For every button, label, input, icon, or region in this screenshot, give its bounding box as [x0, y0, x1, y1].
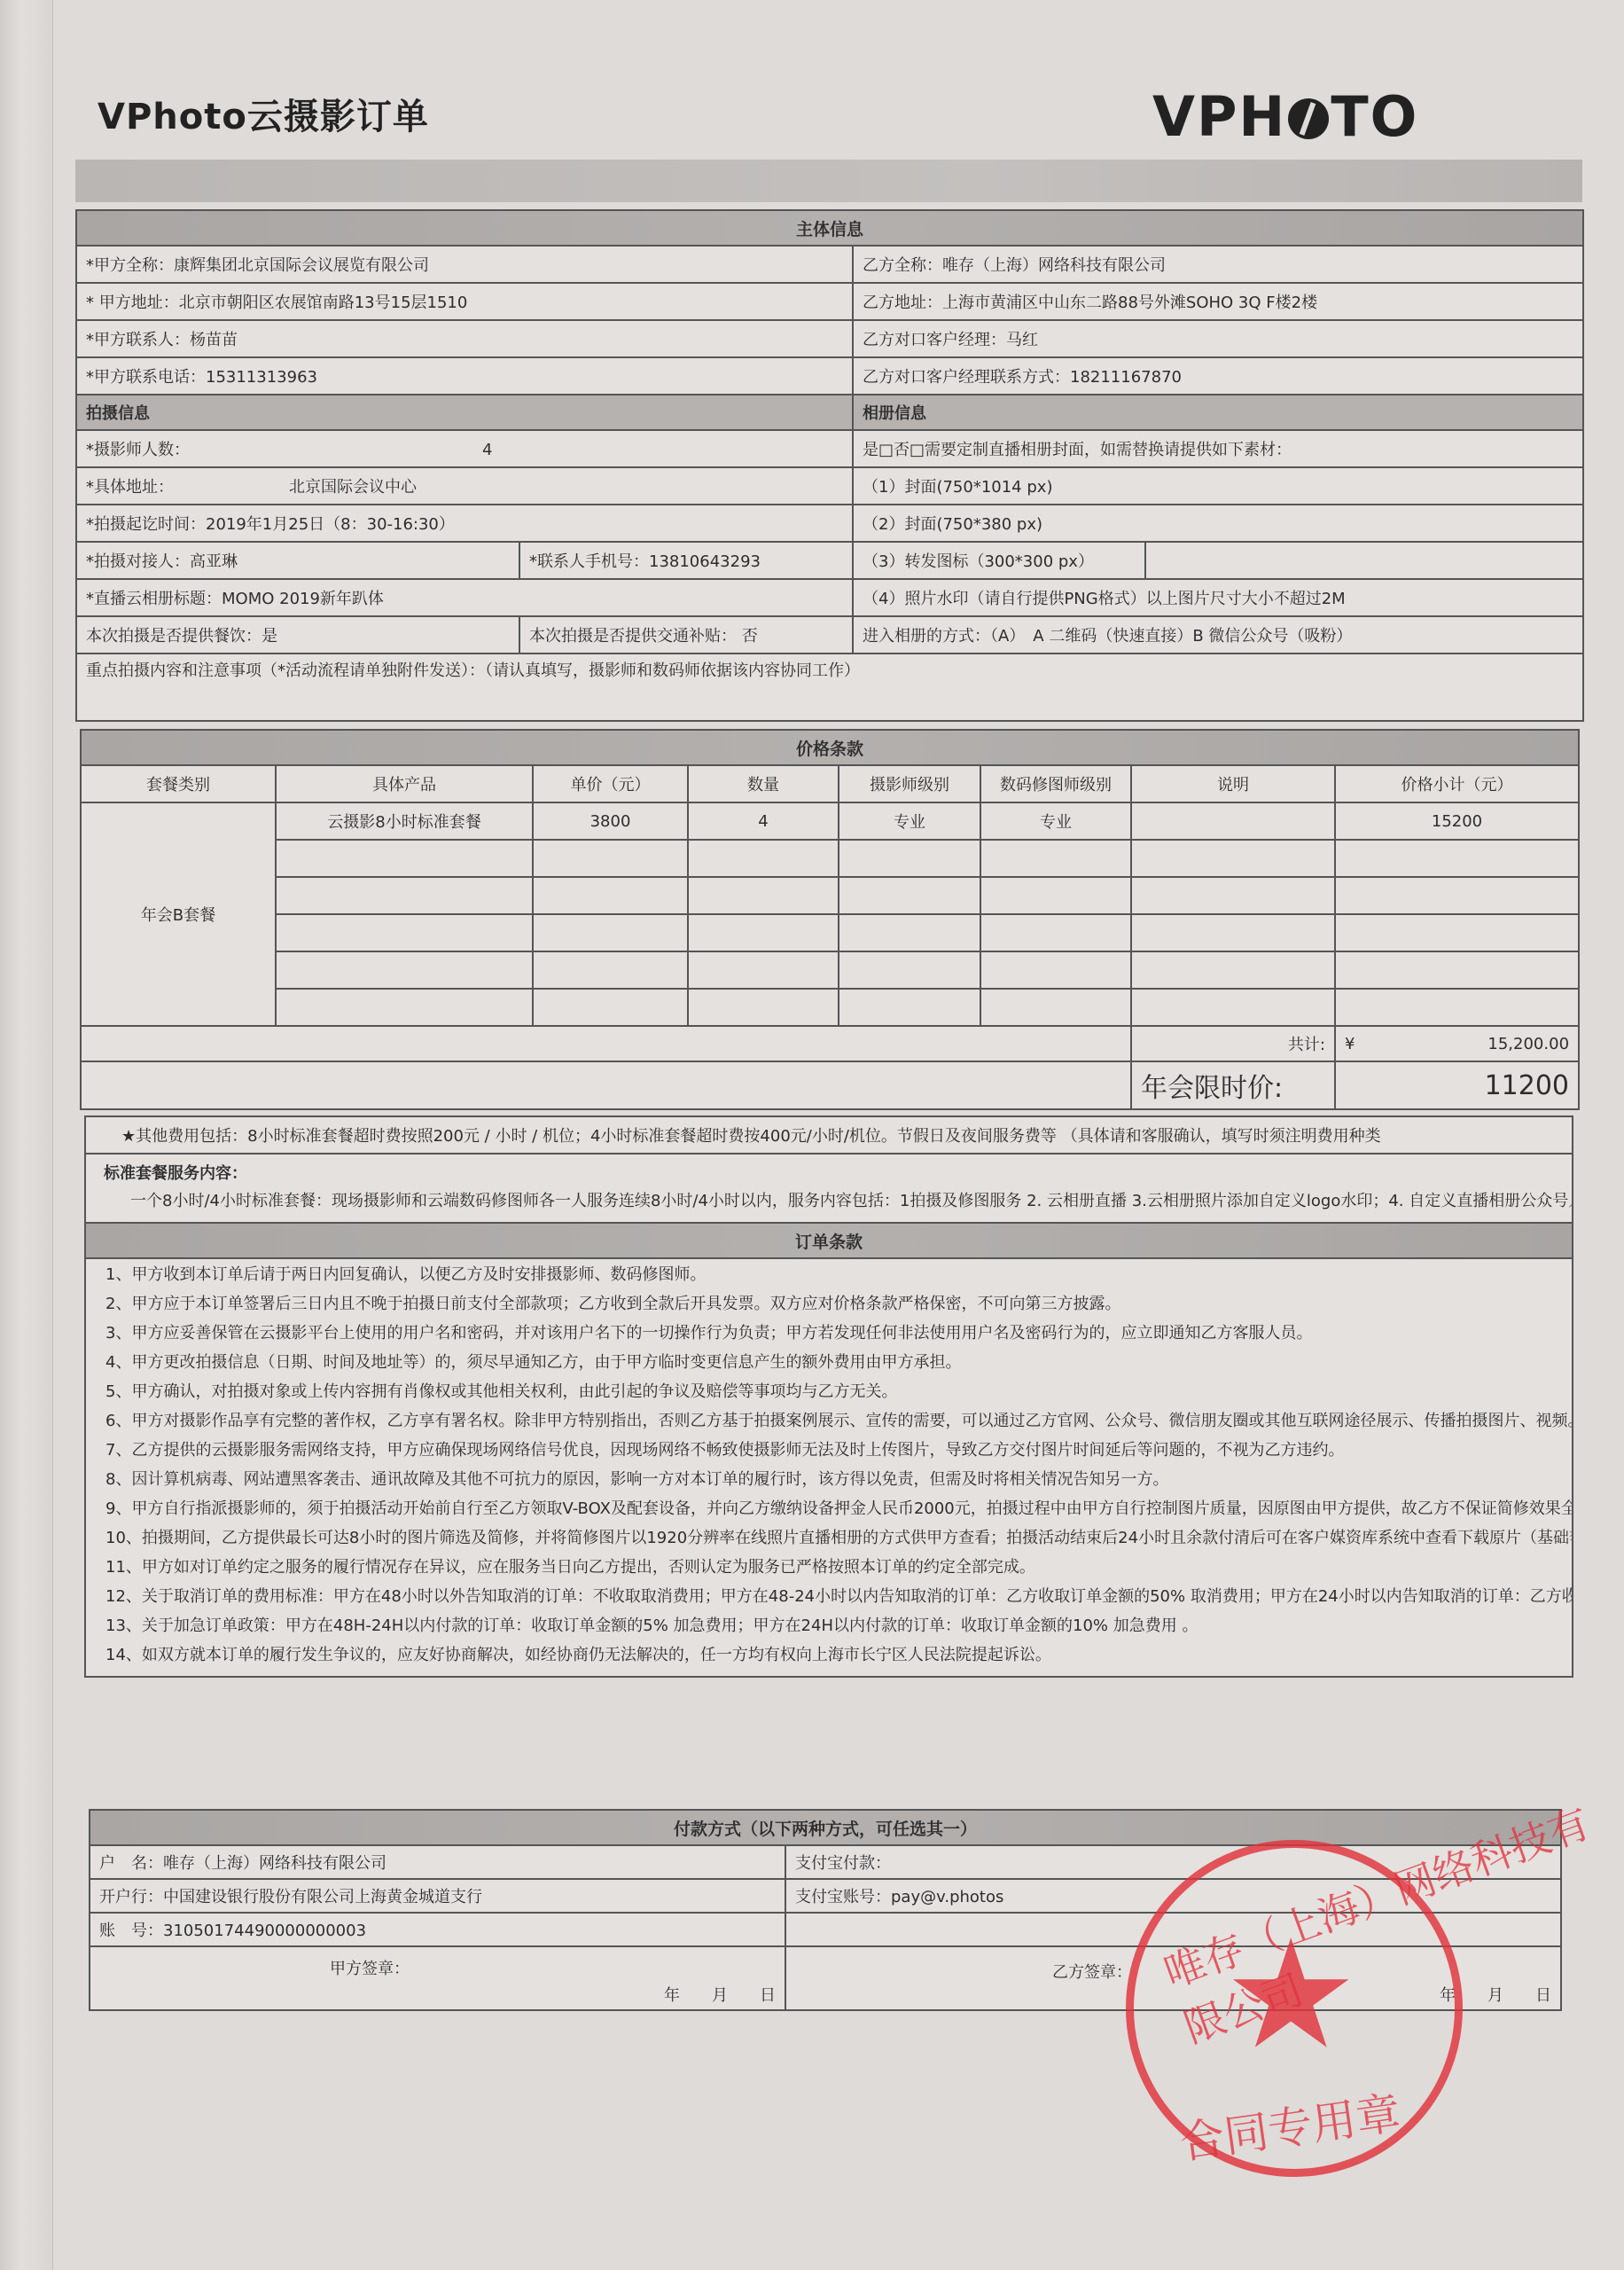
column-header: 价格小计（元）: [1335, 765, 1579, 802]
section-main-info: 主体信息: [76, 210, 1583, 246]
cell-retoucher-level: [980, 989, 1131, 1026]
limited-price-label: 年会限时价:: [1131, 1061, 1335, 1109]
cell-subtotal: [1335, 951, 1579, 989]
cell-retoucher-level: [980, 951, 1131, 989]
party-b-name: 乙方全称：唯存（上海）网络科技有限公司: [853, 246, 1583, 283]
term-item: 2、甲方应于本订单签署后三日内且不晚于拍摄日前支付全部款项；乙方收到全款后开具发…: [95, 1292, 1563, 1316]
cell-photographer-level: [839, 914, 980, 951]
cell-photographer-level: [839, 989, 980, 1026]
total-label: 共计:: [1131, 1026, 1335, 1061]
bank-name: 开户行：中国建设银行股份有限公司上海黄金城道支行: [90, 1879, 785, 1913]
column-header: 单价（元）: [533, 765, 688, 802]
alipay-blank: [785, 1913, 1561, 1946]
term-item: 9、甲方自行指派摄影师的，须于拍摄活动开始前自行至乙方领取V-BOX及配套设备，…: [95, 1497, 1563, 1521]
bank-account-name: 户 名：唯存（上海）网络科技有限公司: [90, 1845, 785, 1879]
term-item: 7、乙方提供的云摄影服务需网络支持，甲方应确保现场网络信号优良，因现场网络不畅致…: [95, 1438, 1563, 1462]
cell-subtotal: [1335, 877, 1579, 914]
currency-symbol: ¥: [1345, 1035, 1355, 1053]
cell-retoucher-level: 专业: [980, 802, 1131, 840]
shoot-time: *拍摄起讫时间：2019年1月25日（8：30-16:30）: [76, 505, 853, 542]
cell-note: [1131, 840, 1335, 877]
table-row: [81, 840, 1579, 877]
cell-unit-price: 3800: [533, 802, 688, 840]
section-terms: 订单条款: [85, 1223, 1573, 1258]
cell-unit-price: [533, 840, 688, 877]
album-title: *直播云相册标题：MOMO 2019新年趴体: [76, 579, 853, 616]
table-row: [81, 951, 1579, 989]
cell-retoucher-level: [980, 840, 1131, 877]
cell-note: [1131, 914, 1335, 951]
cell-qty: [688, 877, 839, 914]
terms-list: 1、甲方收到本订单后请于两日内回复确认，以便乙方及时安排摄影师、数码修图师。2、…: [85, 1258, 1573, 1677]
party-b-manager-phone: 乙方对口客户经理联系方式：18211167870: [853, 357, 1583, 395]
cell-qty: [688, 951, 839, 989]
cell-subtotal: 15200: [1335, 802, 1579, 840]
cell-qty: [688, 914, 839, 951]
section-pricing: 价格条款: [81, 730, 1579, 765]
cell-photographer-level: [839, 840, 980, 877]
column-header: 数码修图师级别: [980, 765, 1131, 802]
document-title: VPhoto云摄影订单: [98, 89, 429, 139]
cell-qty: 4: [688, 802, 839, 840]
cell-subtotal: [1335, 840, 1579, 877]
contact-phone: *联系人手机号：13810643293: [519, 542, 853, 579]
standard-service-title: 标准套餐服务内容：: [95, 1158, 1563, 1189]
payment-table: 付款方式（以下两种方式，可任选其一） 户 名：唯存（上海）网络科技有限公司支付宝…: [89, 1809, 1562, 2011]
cell-product: [276, 877, 533, 914]
party-a-sign-label: 甲方签章：: [330, 1956, 410, 1979]
paper-edge: [0, 0, 53, 2270]
party-a-address: * 甲方地址：北京市朝阳区农展馆南路13号15层1510: [76, 283, 853, 320]
term-item: 1、甲方收到本订单后请于两日内回复确认，以便乙方及时安排摄影师、数码修图师。: [95, 1263, 1563, 1287]
table-row: [81, 914, 1579, 951]
cell-note: [1131, 802, 1335, 840]
total-spacer: [81, 1026, 1131, 1061]
term-item: 6、甲方对摄影作品享有完整的著作权，乙方享有署名权。除非甲方特别指出，否则乙方基…: [95, 1409, 1563, 1433]
album-item-4: （4）照片水印（请自行提供PNG格式）以上图片尺寸大小不超过2M: [853, 579, 1583, 616]
pricing-table: 价格条款 套餐类别具体产品单价（元）数量摄影师级别数码修图师级别说明价格小计（元…: [80, 729, 1580, 1110]
term-item: 8、因计算机病毒、网站遭黑客袭击、通讯故障及其他不可抗力的原因，影响一方对本订单…: [95, 1468, 1563, 1491]
total-cell: ¥15,200.00: [1335, 1026, 1579, 1061]
section-payment: 付款方式（以下两种方式，可任选其一）: [90, 1810, 1561, 1845]
extra-fees: ★其他费用包括：8小时标准套餐超时费按照200元 / 小时 / 机位；4小时标准…: [85, 1116, 1573, 1154]
alipay-label: 支付宝付款：: [785, 1845, 1561, 1879]
cell-qty: [688, 840, 839, 877]
limited-spacer: [81, 1061, 1131, 1109]
cell-retoucher-level: [980, 914, 1131, 951]
party-a-phone: *甲方联系电话：15311313963: [76, 357, 853, 395]
cell-retoucher-level: [980, 877, 1131, 914]
party-b-address: 乙方地址：上海市黄浦区中山东二路88号外滩SOHO 3Q F楼2楼: [853, 283, 1583, 320]
shoot-contact: *拍摄对接人：高亚琳: [76, 542, 519, 579]
title-bar: [75, 160, 1582, 202]
party-a-name: *甲方全称：康辉集团北京国际会议展览有限公司: [76, 246, 853, 283]
custom-cover-option[interactable]: 是□否□需要定制直播相册封面，如需替换请提供如下素材：: [853, 430, 1583, 467]
cell-photographer-level: 专业: [839, 802, 980, 840]
term-item: 4、甲方更改拍摄信息（日期、时间及地址等）的，须尽早通知乙方，由于甲方临时变更信…: [95, 1350, 1563, 1374]
party-a-contact: *甲方联系人：杨苗苗: [76, 320, 853, 357]
terms-table: ★其他费用包括：8小时标准套餐超时费按照200元 / 小时 / 机位；4小时标准…: [84, 1115, 1573, 1678]
album-item-3: （3）转发图标（300*300 px）: [853, 542, 1145, 579]
term-item: 12、关于取消订单的费用标准：甲方在48小时以外告知取消的订单：不收取取消费用；…: [95, 1585, 1563, 1609]
cell-qty: [688, 989, 839, 1026]
address-label: *具体地址：: [86, 478, 174, 497]
column-header: 具体产品: [276, 765, 533, 802]
cell-unit-price: [533, 951, 688, 989]
cell-unit-price: [533, 877, 688, 914]
shoot-address: 北京国际会议中心: [289, 478, 417, 497]
term-item: 13、关于加急订单政策：甲方在48H-24H以内付款的订单：收取订单金额的5% …: [95, 1614, 1563, 1638]
total-amount: 15,200.00: [1487, 1035, 1569, 1053]
standard-service-body: 一个8小时/4小时标准套餐：现场摄影师和云端数码修图师各一人服务连续8小时/4小…: [95, 1189, 1563, 1213]
cell-unit-price: [533, 989, 688, 1026]
album-item-3-upload[interactable]: [1145, 542, 1583, 579]
cell-photographer-level: [839, 951, 980, 989]
photographer-count: 4: [482, 441, 492, 459]
limited-price: 11200: [1335, 1061, 1579, 1109]
cell-note: [1131, 989, 1335, 1026]
cell-product: [276, 914, 533, 951]
party-b-signature[interactable]: 乙方签章： 年 月 日: [785, 1946, 1561, 2010]
term-item: 3、甲方应妥善保管在云摄影平台上使用的用户名和密码，并对该用户名下的一切操作行为…: [95, 1321, 1563, 1345]
table-row: [81, 989, 1579, 1026]
table-row: [81, 877, 1579, 914]
meal-provided: 本次拍摄是否提供餐饮：是: [76, 616, 519, 654]
standard-service: 标准套餐服务内容： 一个8小时/4小时标准套餐：现场摄影师和云端数码修图师各一人…: [85, 1154, 1573, 1223]
album-access: 进入相册的方式：（A） A 二维码（快速直接）B 微信公众号（吸粉）: [853, 616, 1583, 654]
section-album-info: 相册信息: [853, 395, 1583, 430]
party-b-date: 年 月 日: [1440, 1983, 1551, 2006]
cell-note: [1131, 877, 1335, 914]
bank-account-number: 账 号：31050174490000000003: [90, 1913, 785, 1946]
term-item: 10、拍摄期间，乙方提供最长可达8小时的图片筛选及简修，并将简修图片以1920分…: [95, 1526, 1563, 1550]
column-header: 摄影师级别: [839, 765, 980, 802]
cell-note: [1131, 951, 1335, 989]
shoot-notes[interactable]: 重点拍摄内容和注意事项（*活动流程请单独附件发送）：（请认真填写，摄影师和数码师…: [76, 654, 1583, 721]
cell-product: [276, 951, 533, 989]
vphoto-logo: VPHTO: [1152, 84, 1418, 149]
cell-unit-price: [533, 914, 688, 951]
shutter-o-icon: [1288, 98, 1329, 139]
album-item-1: （1）封面(750*1014 px): [853, 467, 1583, 505]
album-item-2: （2）封面(750*380 px): [853, 505, 1583, 542]
logo-left: VPH: [1152, 84, 1286, 149]
column-header: 套餐类别: [81, 765, 276, 802]
transport-provided: 本次拍摄是否提供交通补贴： 否: [519, 616, 853, 654]
party-a-signature[interactable]: 甲方签章： 年 月 日: [90, 1946, 785, 2010]
party-b-manager: 乙方对口客户经理：马红: [853, 320, 1583, 357]
cell-product: 云摄影8小时标准套餐: [276, 802, 533, 840]
party-b-sign-label: 乙方签章：: [1052, 1960, 1132, 1983]
term-item: 5、甲方确认，对拍摄对象或上传内容拥有肖像权或其他相关权利，由此引起的争议及赔偿…: [95, 1380, 1563, 1404]
party-a-date: 年 月 日: [664, 1983, 776, 2006]
column-header: 数量: [688, 765, 839, 802]
address-row: *具体地址：北京国际会议中心: [76, 467, 853, 505]
cell-subtotal: [1335, 989, 1579, 1026]
table-row: 年会B套餐云摄影8小时标准套餐38004专业专业15200: [81, 802, 1579, 840]
alipay-account: 支付宝账号：pay@v.photos: [785, 1879, 1561, 1913]
photographer-count-label: *摄影师人数：: [86, 441, 190, 459]
cell-photographer-level: [839, 877, 980, 914]
term-item: 11、甲方如对订单约定之服务的履行情况存在异议，应在服务当日向乙方提出，否则认定…: [95, 1555, 1563, 1579]
logo-right: TO: [1331, 84, 1418, 149]
photographer-count-row: *摄影师人数：4: [76, 430, 853, 467]
term-item: 14、如双方就本订单的履行发生争议的，应友好协商解决，如经协商仍无法解决的，任一…: [95, 1643, 1563, 1667]
package-name: 年会B套餐: [81, 802, 276, 1026]
main-info-table: 主体信息 *甲方全称：康辉集团北京国际会议展览有限公司乙方全称：唯存（上海）网络…: [75, 209, 1584, 722]
section-shoot-info: 拍摄信息: [76, 395, 853, 430]
cell-subtotal: [1335, 914, 1579, 951]
column-header: 说明: [1131, 765, 1335, 802]
cell-product: [276, 989, 533, 1026]
cell-product: [276, 840, 533, 877]
